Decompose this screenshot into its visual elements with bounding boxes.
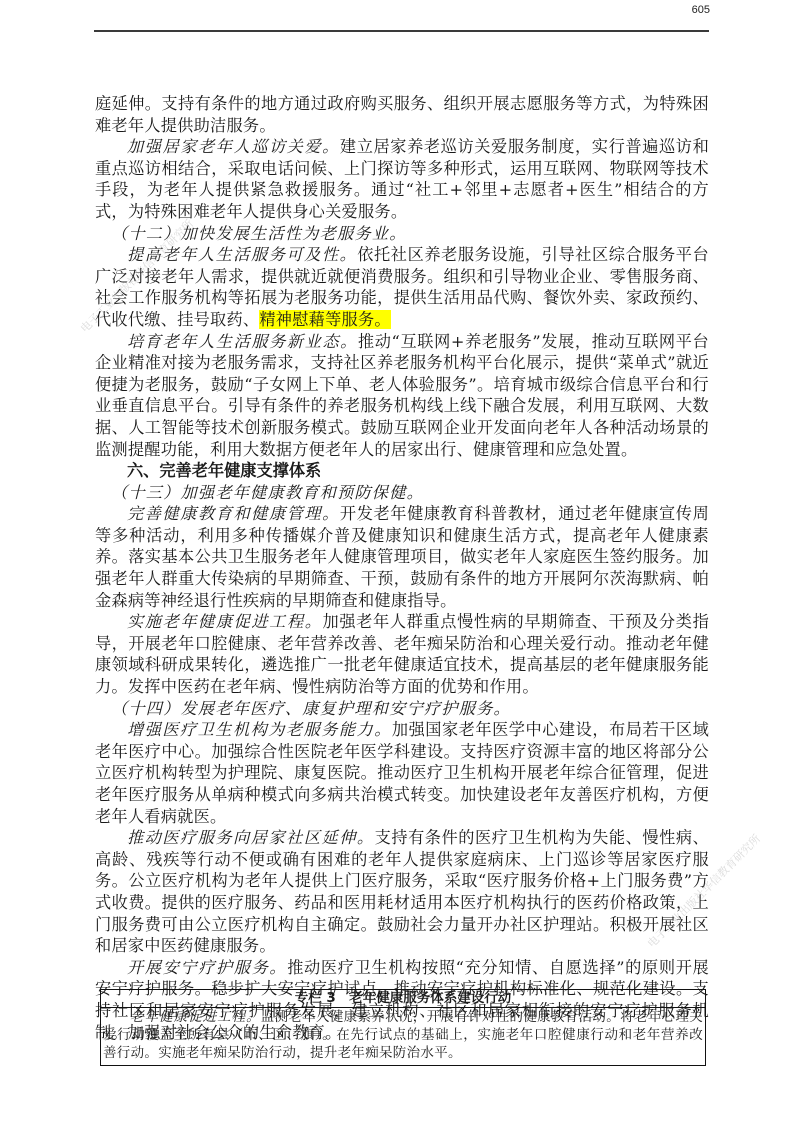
paragraph-life-service-access: 提高老年人生活服务可及性。依托社区养老服务设施，引导社区综合服务平台广泛对接老年… — [95, 244, 709, 330]
paragraph-health-education: 完善健康教育和健康管理。开发老年健康教育科普教材，通过老年健康宣传周等多种活动，… — [95, 503, 709, 611]
paragraph-lead: 推动医疗服务向居家社区延伸。 — [127, 828, 375, 847]
paragraph-lead: 加强居家老年人巡访关爱。 — [127, 137, 340, 156]
paragraph-lead: 增强医疗卫生机构为老服务能力。 — [127, 720, 392, 739]
subsection-heading-13: （十三）加强老年健康教育和预防保健。 — [95, 482, 709, 504]
paragraph-health-promotion: 实施老年健康促进工程。加强老年人群重点慢性病的早期筛查、干预及分类指导，开展老年… — [95, 611, 709, 697]
paragraph-new-service-formats: 培育老年人生活服务新业态。推动“互联网+养老服务”发展，推动互联网平台企业精准对… — [95, 331, 709, 461]
column-box-lead: 老年健康促进工程。 — [130, 1009, 261, 1025]
paragraph-lead: 实施老年健康促进工程。 — [127, 612, 323, 631]
section-heading-6: 六、完善老年健康支撑体系 — [95, 460, 709, 482]
paragraph-medical-capacity: 增强医疗卫生机构为老服务能力。加强国家老年医学中心建设，布局若干区域老年医疗中心… — [95, 719, 709, 827]
header-rule — [94, 30, 709, 32]
column-box: 专栏 3 老年健康服务体系建设行动 老年健康促进工程。监测老年人健康素养状况，开… — [100, 989, 706, 1066]
paragraph-lead: 培育老年人生活服务新业态。 — [127, 332, 358, 351]
paragraph-text: 庭延伸。支持有条件的地方通过政府购买服务、组织开展志愿服务等方式，为特殊困难老年… — [95, 94, 709, 135]
paragraph-lead: 开展安宁疗护服务。 — [127, 958, 287, 977]
paragraph-lead: 完善健康教育和健康管理。 — [127, 504, 340, 523]
highlighted-text[interactable]: 精神慰藉等服务。 — [259, 310, 391, 329]
column-box-title: 专栏 3 老年健康服务体系建设行动 — [101, 990, 705, 1008]
paragraph-home-medical: 推动医疗服务向居家社区延伸。支持有条件的医疗卫生机构为失能、慢性病、高龄、残疾等… — [95, 827, 709, 957]
document-body: 庭延伸。支持有条件的地方通过政府购买服务、组织开展志愿服务等方式，为特殊困难老年… — [95, 93, 709, 1043]
subsection-heading-14: （十四）发展老年医疗、康复护理和安宁疗护服务。 — [95, 698, 709, 720]
paragraph-home-visit-care: 加强居家老年人巡访关爱。建立居家养老巡访关爱服务制度，实行普遍巡访和重点巡访相结… — [95, 136, 709, 222]
page-number: 605 — [680, 4, 710, 16]
paragraph-lead: 提高老年人生活服务可及性。 — [127, 245, 357, 264]
paragraph-continuation: 庭延伸。支持有条件的地方通过政府购买服务、组织开展志愿服务等方式，为特殊困难老年… — [95, 93, 709, 136]
subsection-heading-12: （十二）加快发展生活性为老服务业。 — [95, 223, 709, 245]
column-box-body: 老年健康促进工程。监测老年人健康素养状况，开展有针对性的健康教育活动。将老年心理… — [101, 1008, 705, 1065]
paragraph-text: 支持有条件的医疗卫生机构为失能、慢性病、高龄、残疾等行动不便或确有困难的老年人提… — [95, 828, 709, 955]
